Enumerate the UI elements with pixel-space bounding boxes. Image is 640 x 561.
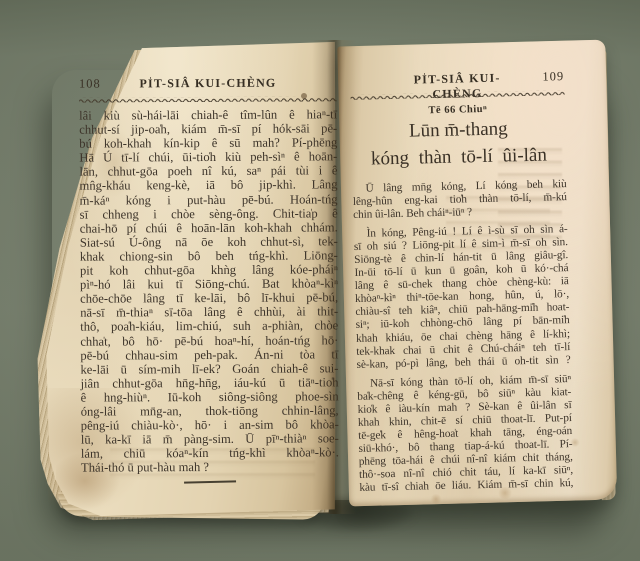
text-line: nā-sī m̄-thiaⁿ sī-tōa lâng ê chhùi, ài t… (80, 305, 338, 320)
text-line: óng-lâi mn̄g-an, thok-tiōng chhin-lâng, (81, 403, 339, 418)
text-line: Thái-thó ū put-hàu mah ? (81, 460, 339, 475)
text-line: pêng-iú chiàu-kò·, hō· i an-sim bô khòa- (81, 417, 339, 432)
text-line: chhut-sí jip-oa̍h, kiám m̄-sī pí hók-sāi… (79, 121, 337, 136)
text-line: lān, chhut-gōa poeh nî kú, saⁿ pái tùi i… (79, 164, 337, 179)
wavy-rule-left (79, 96, 337, 102)
text-line: mn̂g-kháu keng-kè, iā bô jip-khì. Lâng (79, 178, 337, 193)
left-page-body: lâi kiù sù-hái-lāi chiah-ê tîm-lûn ê hia… (79, 107, 339, 475)
text-line: lám, chiū kóaⁿ-kín tńg-khì khòaⁿ-kò·. (81, 446, 339, 461)
text-line: bú koh-khah kín-kip ê sū mah? Pí-phēng (79, 136, 337, 151)
left-running-head: PI̍T-SIÂ KUI-CHÈNG (127, 76, 289, 92)
right-page-number: 109 (516, 69, 564, 85)
text-line: pē-bú chhau-sim peh-pak. Án-ni tòa tī (80, 347, 338, 362)
text-line: ke-lāi ū sím-mih lī-ek? Goán chiah-ê sui… (80, 361, 338, 376)
text-line: khak chiong-sin bô beh tńg-khì. Liōng- (80, 248, 338, 263)
right-page-text: PI̍T-SIÂ KUI-CHÈNG 109 Tē 66 Chiuⁿ Lūn m… (350, 69, 573, 495)
left-page-number: 108 (79, 76, 127, 91)
paragraph: Ū lâng mn̄g kóng, Lí kóng beh kiùlêng-hû… (352, 178, 567, 222)
text-line: jiân chhut-gōa hn̄g-hn̄g, iáu-kú ū tiāⁿ-… (81, 375, 339, 390)
text-line: Hā Ú tī-lí chúi, ūi-tio̍h kiù peh-sìⁿ ê … (79, 150, 337, 165)
text-line: chai-hō pí chúi ê hoān-lān koh-khah chhá… (80, 220, 338, 235)
text-line: m̄-káⁿ kóng i put-hàu pē-bú. Hoán-tńg (80, 192, 338, 207)
book-photo: 108 PI̍T-SIÂ KUI-CHÈNG lâi kiù sù-hái-lā… (0, 0, 640, 561)
chapter-title-line-1: Lūn m̄-thang (351, 116, 565, 145)
text-line: sī chheng i chòe sèng-ông. Chit-tia̍p ê (80, 206, 338, 221)
right-page-header: PI̍T-SIÂ KUI-CHÈNG 109 (350, 69, 564, 91)
left-page-header: 108 PI̍T-SIÂ KUI-CHÈNG (79, 75, 337, 93)
text-line: chōe-chōe lâng tī ke-lāi, bô lī-khui pē-… (80, 291, 338, 306)
text-line: ê hng-hiùⁿ. Iū-koh siông-siông phoe-sìn (81, 389, 339, 404)
right-page-body: Ū lâng mn̄g kóng, Lí kóng beh kiùlêng-hû… (352, 178, 573, 495)
chapter-number-label: Tē 66 Chiuⁿ (351, 102, 565, 118)
left-page-text: 108 PI̍T-SIÂ KUI-CHÈNG lâi kiù sù-hái-lā… (79, 75, 339, 484)
text-line: lâi kiù sù-hái-lāi chiah-ê tîm-lûn ê hia… (79, 107, 337, 122)
text-line: chha̍t, bô hō· pē-bú hoaⁿ-hí, hoán-tńg h… (80, 333, 338, 348)
text-line: pit koh chhut-gōa khǹg lâng kóe-pháiⁿ (80, 262, 338, 277)
chapter-title-line-2: kóng thàn tō-lí ûi-lân (352, 142, 567, 173)
text-line: lū, ka-kī iā m̄ pàng-sim. Ū pīⁿ-thiàⁿ so… (81, 431, 339, 446)
text-line: thô, poa̍h-kiáu, lim-chiú, suh a-phiàn, … (80, 319, 338, 334)
text-line: Siat-sú Ú-ông nā ōe koh chhut-sì, tek- (80, 234, 338, 249)
text-line: pìⁿ-hó lâi kui tī Siōng-chú. Bat khòaⁿ-k… (80, 276, 338, 291)
paragraph: Nā-sī kóng thàn tō-lí oh, kiám m̄-sī siū… (357, 373, 574, 495)
paragraph: Ìn kóng, Pêng-iú ! Lí ê ì-sù sī oh sìn á… (353, 223, 570, 371)
